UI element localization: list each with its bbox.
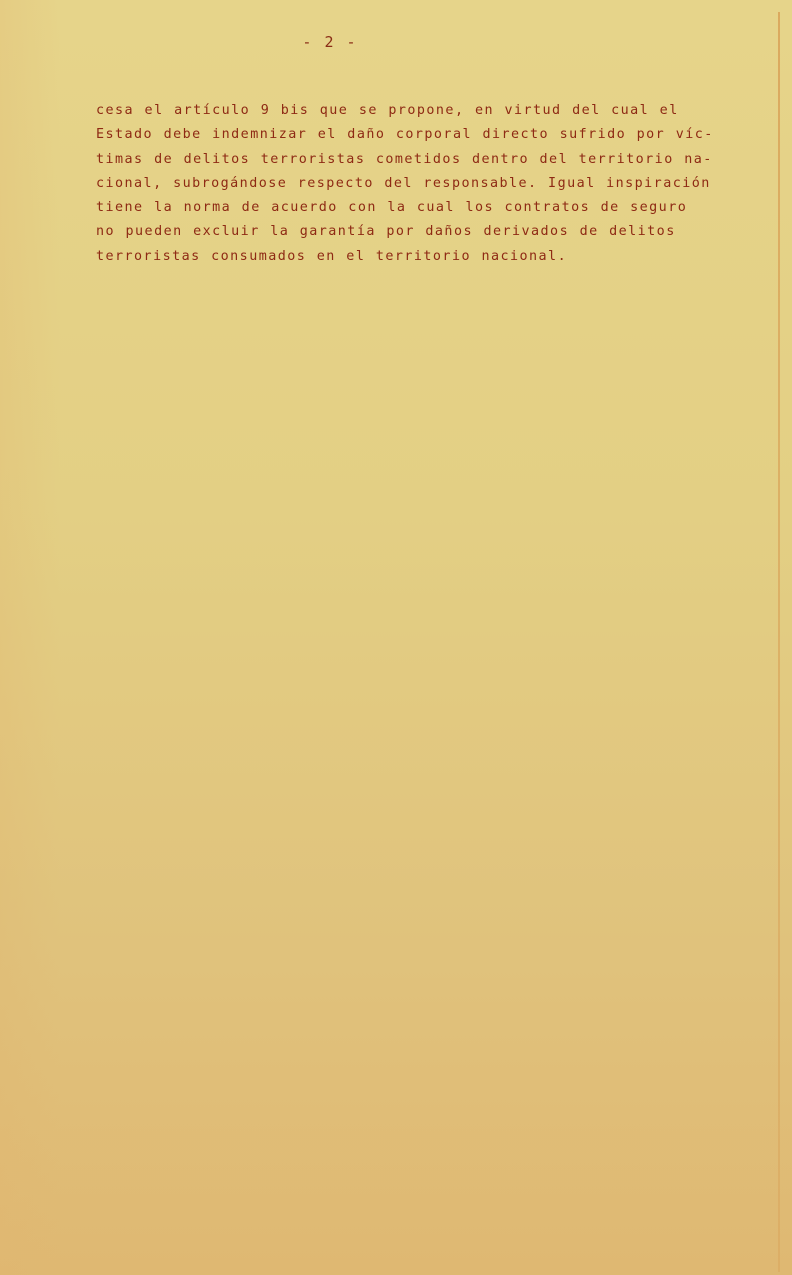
- text-line: cesa el artículo 9 bis que se propone, e…: [96, 99, 746, 123]
- page-edge-line: [778, 12, 780, 1272]
- text-line: timas de delitos terroristas cometidos d…: [96, 148, 746, 172]
- text-line: Estado debe indemnizar el daño corporal …: [96, 123, 746, 147]
- text-line: cional, subrogándose respecto del respon…: [96, 172, 746, 196]
- page-number: - 2 -: [0, 33, 660, 51]
- page-shading: [0, 0, 60, 1275]
- text-line: no pueden excluir la garantía por daños …: [96, 220, 746, 244]
- text-line: terroristas consumados en el territorio …: [96, 245, 746, 269]
- text-line: tiene la norma de acuerdo con la cual lo…: [96, 196, 746, 220]
- body-paragraph: cesa el artículo 9 bis que se propone, e…: [96, 99, 746, 269]
